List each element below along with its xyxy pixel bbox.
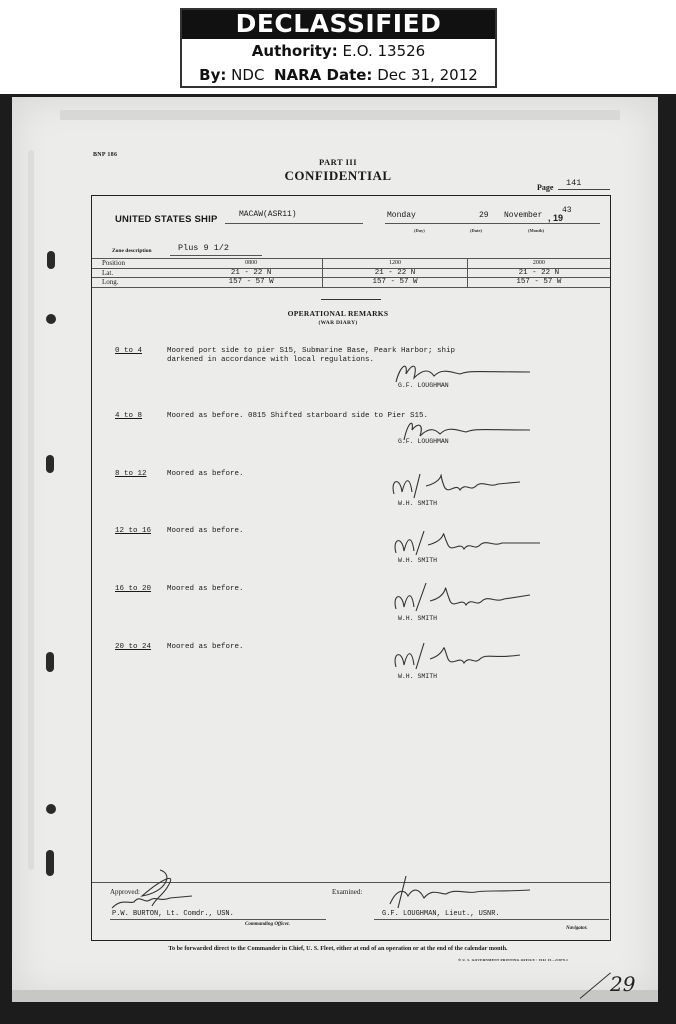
commanding-officer-name: P.W. BURTON, Lt. Comdr., USN. xyxy=(110,910,326,920)
time-header: 0800 xyxy=(180,259,323,269)
day-value: Monday xyxy=(387,211,416,220)
watch-label: 8 to 12 xyxy=(115,470,147,479)
row-label: Position xyxy=(92,259,180,269)
paper-fold xyxy=(28,150,34,870)
signatory-name: W.H. SMITH xyxy=(398,673,437,680)
lat-cell: 21 - 22 N xyxy=(467,268,610,278)
ship-name: MACAW(ASR11) xyxy=(225,210,363,224)
ship-label: UNITED STATES SHIP xyxy=(115,214,217,225)
day-caption: (Day) xyxy=(414,228,425,233)
date-value: 29 xyxy=(479,211,489,220)
declassified-stamp: DECLASSIFIED Authority: E.O. 13526 By: N… xyxy=(180,8,497,88)
signature-icon xyxy=(390,579,540,615)
part-heading: PART III xyxy=(0,157,676,167)
binder-hole xyxy=(46,455,54,473)
examined-label: Examined: xyxy=(332,888,362,896)
stamp-authority: Authority: E.O. 13526 xyxy=(182,39,495,63)
stamp-by-date: By: NDC NARA Date: Dec 31, 2012 xyxy=(182,63,495,87)
table-row: Position 0800 1200 2000 xyxy=(92,259,610,269)
lat-cell: 21 - 22 N xyxy=(180,268,323,278)
signatory-name: W.H. SMITH xyxy=(398,500,437,507)
signatory-name: G.F. LOUGHMAN xyxy=(398,438,449,445)
remarks-subtitle: (WAR DIARY) xyxy=(0,320,676,326)
signature-icon xyxy=(390,637,530,673)
binder-hole xyxy=(46,652,54,672)
year-suffix: 43 xyxy=(562,206,572,215)
long-cell: 157 - 57 W xyxy=(180,278,323,288)
lat-cell: 21 - 22 N xyxy=(323,268,467,278)
binder-hole xyxy=(47,251,55,269)
zone-value: Plus 9 1/2 xyxy=(170,243,262,256)
long-cell: 157 - 57 W xyxy=(467,278,610,288)
watch-label: 20 to 24 xyxy=(115,643,151,652)
date-caption: (Date) xyxy=(470,228,482,233)
watch-label: 16 to 20 xyxy=(115,585,151,594)
section-divider xyxy=(321,299,381,300)
paper-bottom-edge xyxy=(12,990,658,1002)
navigator-title: Navigator. xyxy=(566,926,588,931)
year-prefix: , 19 xyxy=(548,213,563,223)
signatory-name: G.F. LOUGHMAN xyxy=(398,382,449,389)
handwritten-page-number: 29 xyxy=(610,972,635,996)
table-row: Lat. 21 - 22 N 21 - 22 N 21 - 22 N xyxy=(92,268,610,278)
time-header: 1200 xyxy=(323,259,467,269)
remarks-title: OPERATIONAL REMARKS xyxy=(0,309,676,318)
navigator-name: G.F. LOUGHMAN, Lieut., USNR. xyxy=(374,910,609,920)
watch-label: 4 to 8 xyxy=(115,412,142,421)
binder-hole xyxy=(46,850,54,876)
watch-label: 12 to 16 xyxy=(115,527,151,536)
watch-label: 0 to 4 xyxy=(115,347,142,356)
signatory-name: W.H. SMITH xyxy=(398,557,437,564)
month-value: November xyxy=(504,211,542,220)
signatory-name: W.H. SMITH xyxy=(398,615,437,622)
time-header: 2000 xyxy=(467,259,610,269)
page-label: Page xyxy=(537,183,553,192)
commanding-officer-title: Commanding Officer. xyxy=(245,922,290,927)
forwarding-instruction: To be forwarded direct to the Commander … xyxy=(0,945,676,952)
printer-imprint: ☆ U. S. GOVERNMENT PRINTING OFFICE : 194… xyxy=(458,958,568,962)
binder-hole xyxy=(46,804,56,814)
position-table: Position 0800 1200 2000 Lat. 21 - 22 N 2… xyxy=(92,258,610,288)
row-label: Lat. xyxy=(92,268,180,278)
signature-icon xyxy=(390,466,530,502)
table-row: Long. 157 - 57 W 157 - 57 W 157 - 57 W xyxy=(92,278,610,288)
form-frame xyxy=(91,195,611,941)
row-label: Long. xyxy=(92,278,180,288)
page-number: 141 xyxy=(558,178,610,190)
stamp-heading: DECLASSIFIED xyxy=(182,10,495,39)
month-caption: (Month) xyxy=(528,228,544,233)
zone-label: Zone description xyxy=(112,248,152,254)
long-cell: 157 - 57 W xyxy=(323,278,467,288)
signature-icon xyxy=(390,523,540,559)
paper-shadow-band xyxy=(60,110,620,120)
